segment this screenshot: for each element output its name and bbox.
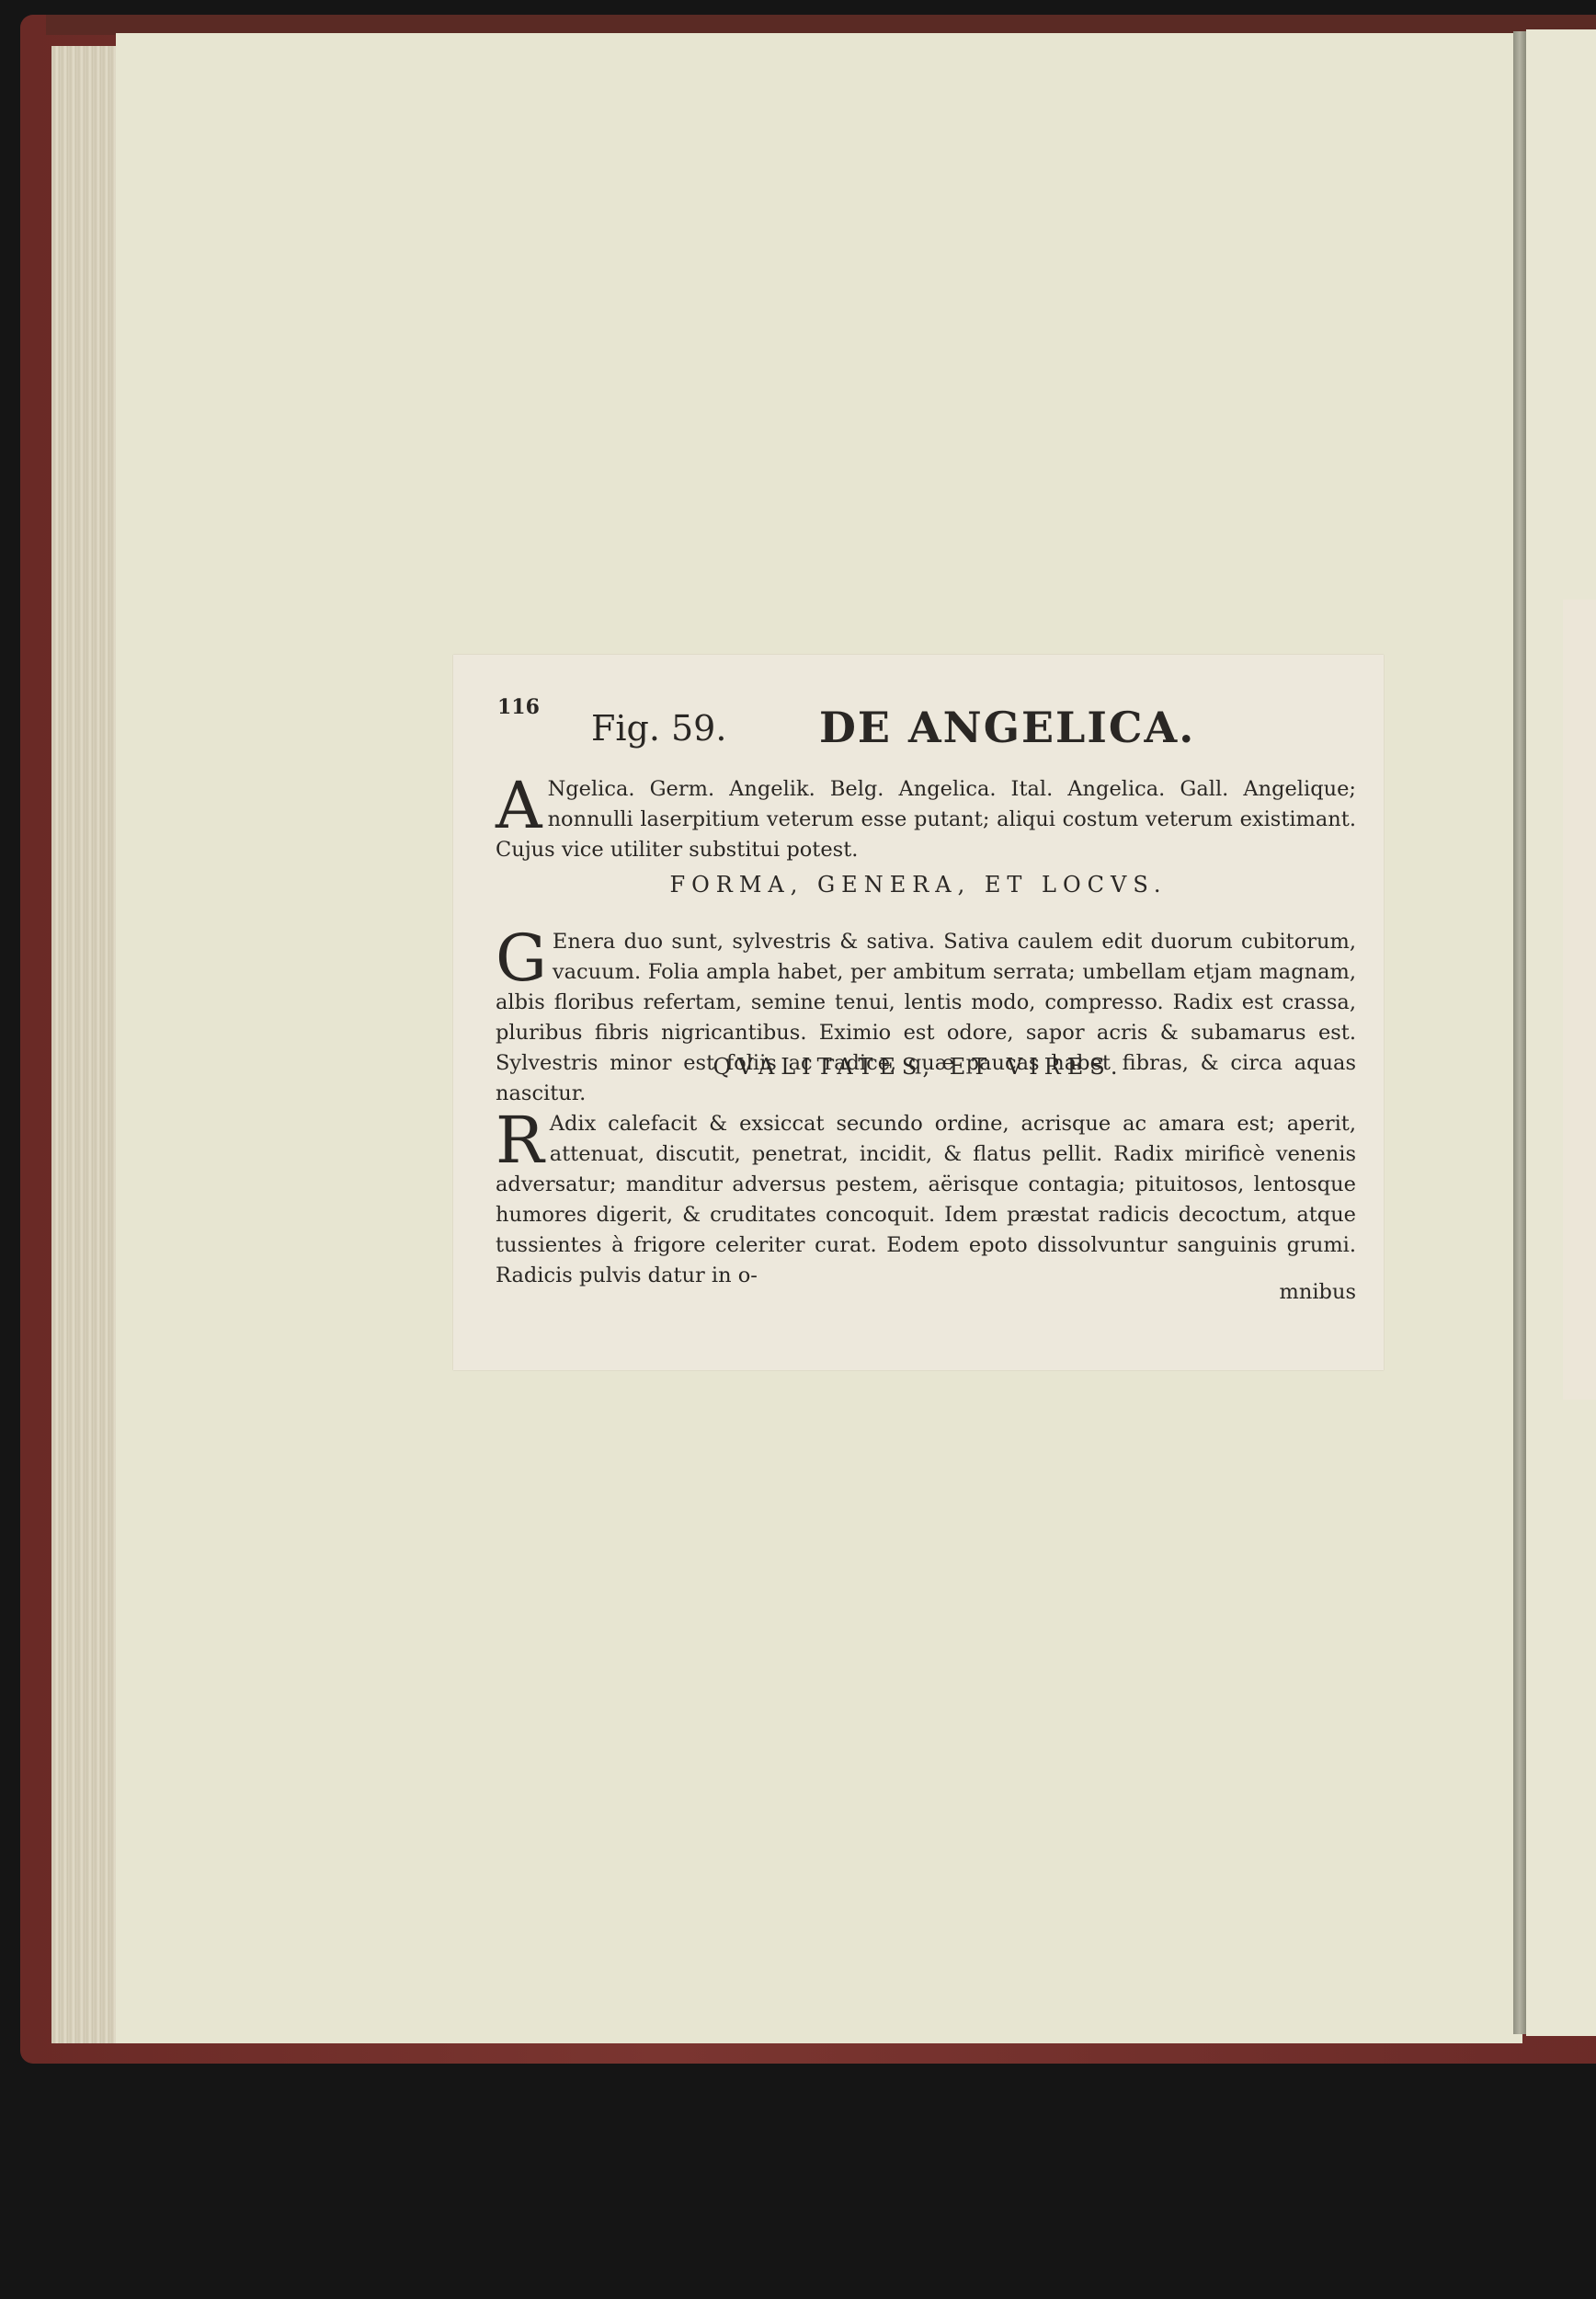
- cover-top-edge: [46, 15, 1596, 35]
- dropcap: G: [496, 931, 547, 986]
- section-paragraph-qualitates: RAdix calefacit & exsiccat secundo ordin…: [496, 1109, 1356, 1291]
- dropcap: A: [496, 778, 542, 833]
- paragraph-text: Ngelica. Germ. Angelik. Belg. Angelica. …: [496, 777, 1356, 862]
- book-gutter: [1513, 31, 1526, 2034]
- facing-page-slip: [1563, 600, 1596, 1400]
- pasted-text-slip: 116 Fig. 59. DE ANGELICA. ANgelica. Germ…: [453, 655, 1384, 1370]
- dropcap: R: [496, 1113, 544, 1168]
- catchword: mnibus: [1280, 1280, 1356, 1304]
- paragraph-text: Adix calefacit & exsiccat secundo ordine…: [496, 1112, 1356, 1287]
- section-paragraph-forma: GEnera duo sunt, sylvestris & sativa. Sa…: [496, 927, 1356, 1109]
- intro-paragraph: ANgelica. Germ. Angelik. Belg. Angelica.…: [496, 774, 1356, 865]
- page-title: DE ANGELICA.: [819, 703, 1195, 752]
- page-edges: [51, 46, 116, 2043]
- page-number: 116: [497, 695, 540, 719]
- section-heading-qualitates: QVALITATES, ET VIRES.: [453, 1054, 1384, 1080]
- figure-label: Fig. 59.: [591, 708, 726, 749]
- section-heading-forma: FORMA, GENERA, ET LOCVS.: [453, 872, 1384, 898]
